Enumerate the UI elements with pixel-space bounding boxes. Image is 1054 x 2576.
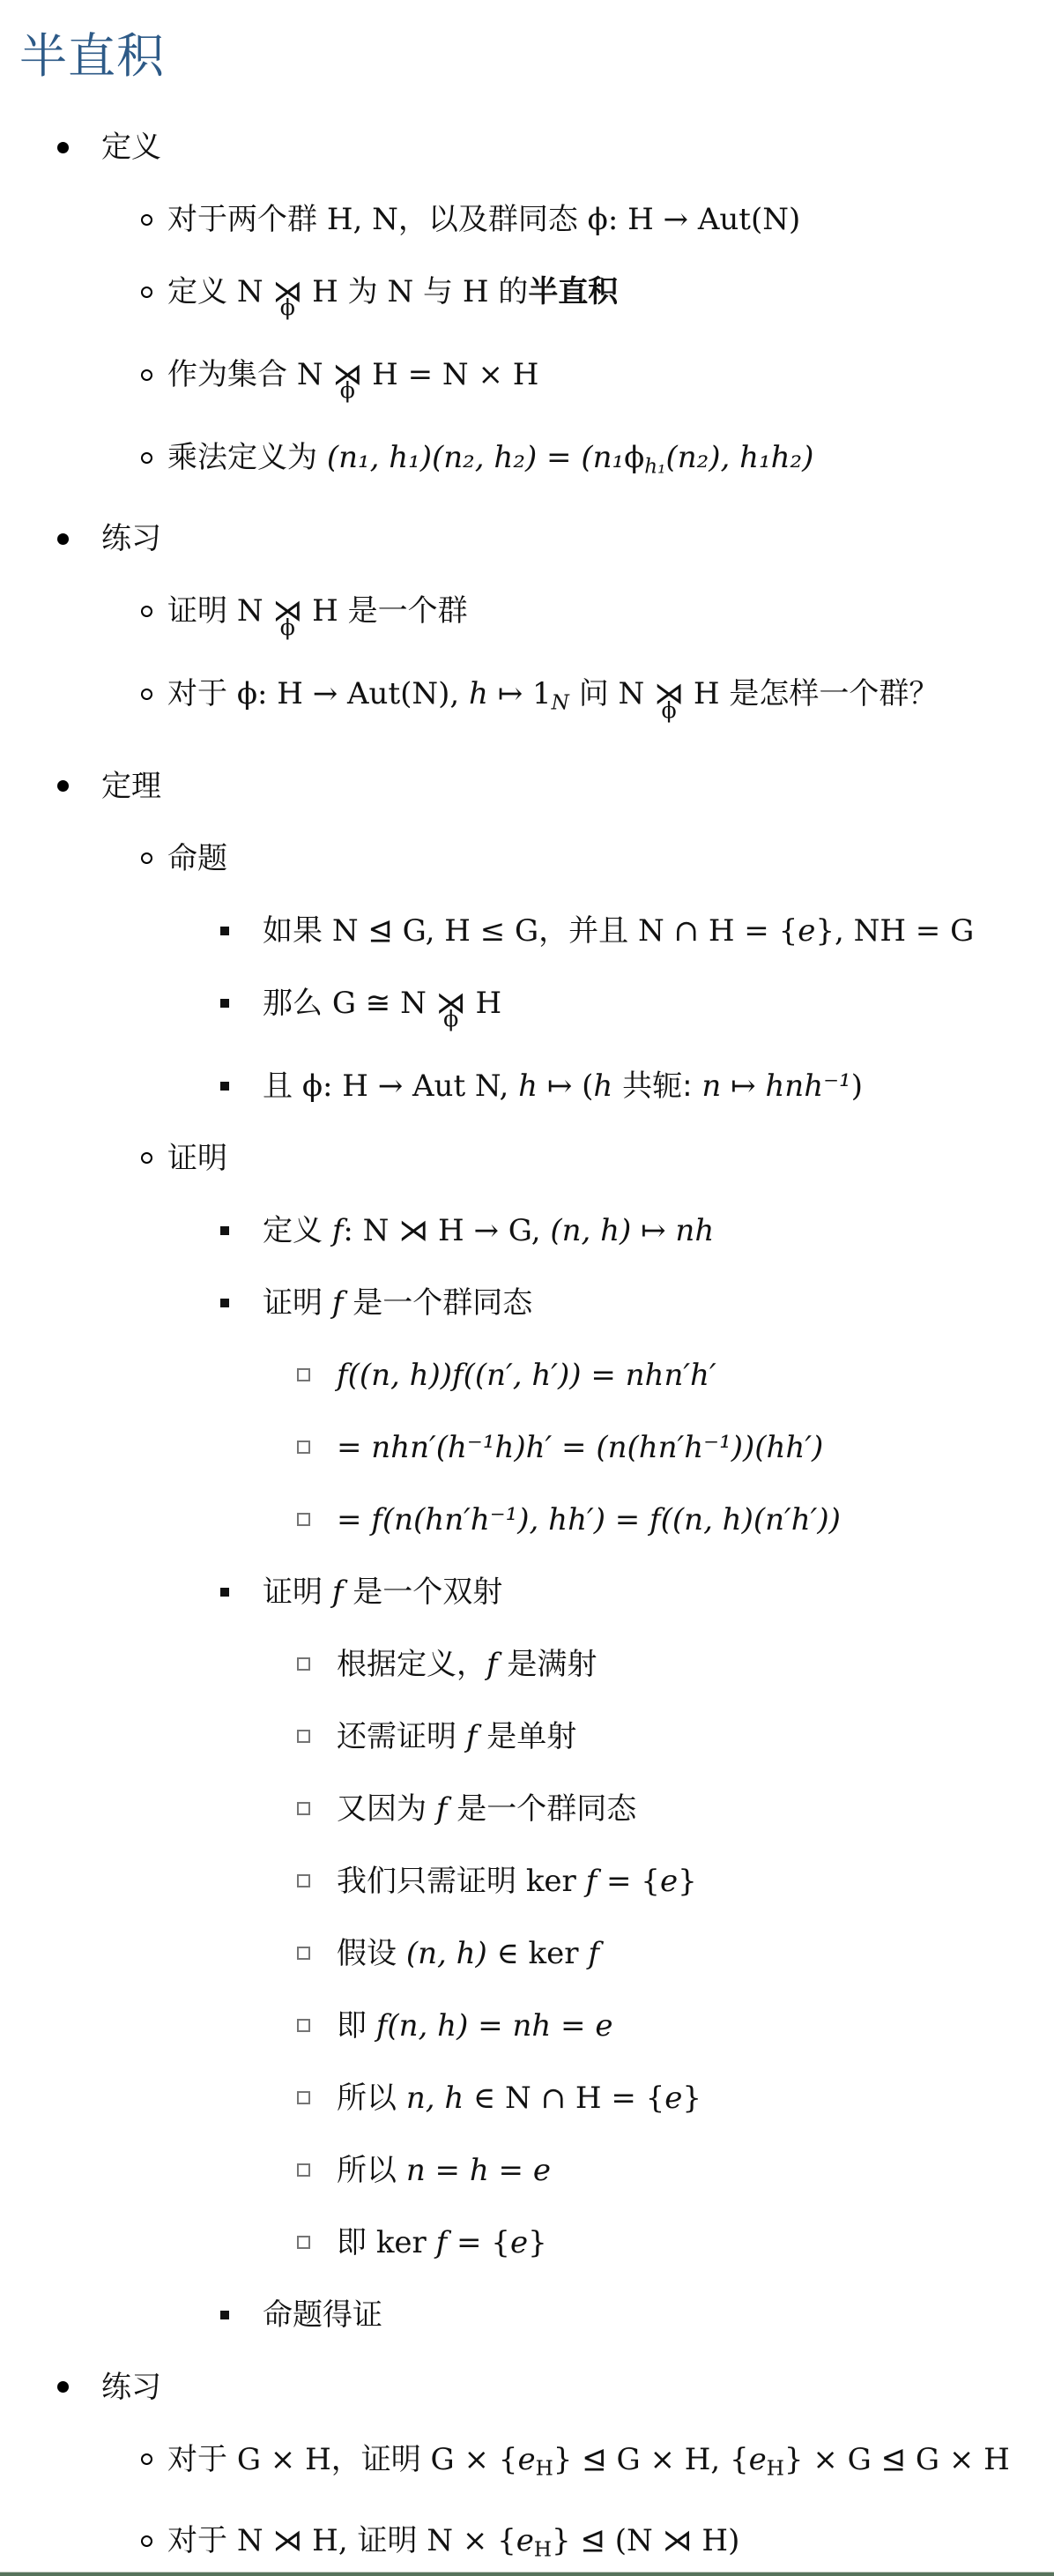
list-item: 那么 G ≅ N ⋊ϕ H bbox=[0, 986, 1054, 1021]
text-segment: ϕ: H → Aut(N) bbox=[588, 202, 801, 237]
text-segment: ker bbox=[376, 2225, 436, 2260]
list-item-text: 那么 G ≅ N ⋊ϕ H bbox=[263, 986, 1054, 1021]
text-segment: 是单射 bbox=[477, 1719, 576, 1754]
bullet-circle-icon bbox=[141, 2442, 167, 2477]
bullet-square-open-icon bbox=[297, 2225, 337, 2260]
text-segment: f bbox=[332, 1575, 344, 1610]
list-item-text: 还需证明 f 是单射 bbox=[337, 1719, 1054, 1754]
bullet-square-icon bbox=[220, 1213, 263, 1248]
text-segment: 作为集合 bbox=[167, 357, 297, 392]
list-item: 作为集合 N ⋊ϕ H = N × H bbox=[0, 357, 1054, 392]
text-segment: 所以 bbox=[337, 2153, 406, 2188]
list-item: 练习 bbox=[0, 2370, 1054, 2405]
list-item: 即 f(n, h) = nh = e bbox=[0, 2008, 1054, 2044]
text-segment: ，并且 bbox=[538, 913, 638, 949]
text-segment: H bbox=[463, 274, 489, 309]
text-segment: f bbox=[436, 2225, 448, 2260]
bullet-circle-icon bbox=[141, 593, 167, 629]
bullet-square-icon bbox=[220, 1285, 263, 1321]
text-segment: H bbox=[302, 274, 338, 309]
text-segment: N × { bbox=[427, 2523, 516, 2558]
bullet-square-open-icon bbox=[297, 1864, 337, 1899]
text-segment: h bbox=[469, 676, 488, 711]
list-item: 我们只需证明 ker f = {e} bbox=[0, 1864, 1054, 1899]
text-segment: } bbox=[528, 2225, 547, 2260]
text-segment: n bbox=[701, 1068, 721, 1104]
text-segment: 证明 bbox=[263, 1285, 332, 1321]
list-item-text: 练习 bbox=[101, 2370, 1054, 2405]
text-segment: 命题得证 bbox=[263, 2297, 382, 2333]
semidirect-product-symbol: ⋊ϕ bbox=[272, 274, 302, 309]
bullet-disc-icon bbox=[57, 2370, 101, 2405]
text-segment: hnh⁻¹ bbox=[765, 1068, 850, 1104]
list-item-text: 对于 G × H，证明 G × {eH} ⊴ G × H, {eH} × G ⊴… bbox=[167, 2442, 1054, 2486]
phi-subscript: ϕ bbox=[443, 1008, 458, 1030]
text-segment: H, N bbox=[327, 202, 398, 237]
text-segment: 对于两个群 bbox=[167, 202, 327, 237]
text-segment: 问 bbox=[569, 676, 619, 711]
phi-subscript: ϕ bbox=[662, 699, 677, 721]
text-segment: e bbox=[660, 1864, 678, 1899]
text-segment: = { bbox=[447, 2225, 510, 2260]
text-segment: N bbox=[237, 593, 273, 629]
text-segment: N ⊴ G, H ≤ G bbox=[332, 913, 538, 949]
list-item-text: = nhn′(h⁻¹h)h′ = (n(hn′h⁻¹))(hh′) bbox=[337, 1430, 1054, 1465]
list-item: 根据定义，f 是满射 bbox=[0, 1647, 1054, 1682]
list-item-text: 且 ϕ: H → Aut N, h ↦ (h 共轭: n ↦ hnh⁻¹) bbox=[263, 1068, 1054, 1104]
text-segment: N bbox=[552, 692, 569, 715]
text-segment: 证明 bbox=[167, 1141, 227, 1176]
text-segment: N ∩ H = { bbox=[638, 913, 798, 949]
list-item: 又因为 f 是一个群同态 bbox=[0, 1791, 1054, 1827]
text-segment: N bbox=[297, 357, 333, 392]
text-segment: (n, h) bbox=[406, 1936, 487, 1971]
text-segment: 是满射 bbox=[498, 1647, 598, 1682]
text-segment: 对于 bbox=[167, 2523, 237, 2558]
list-item-text: 对于两个群 H, N，以及群同态 ϕ: H → Aut(N) bbox=[167, 202, 1054, 237]
list-item-text: 定义 bbox=[101, 130, 1054, 165]
text-segment: 共轭: bbox=[612, 1068, 701, 1104]
text-segment: 定义 bbox=[101, 130, 161, 165]
text-segment: ↦ 1 bbox=[488, 676, 552, 711]
text-segment: N ⋊ H, bbox=[237, 2523, 358, 2558]
list-item-text: = f(n(hn′h⁻¹), hh′) = f((n, h)(n′h′)) bbox=[337, 1502, 1054, 1537]
text-segment: H bbox=[536, 2457, 553, 2480]
text-segment: G × { bbox=[431, 2442, 518, 2477]
text-segment: } × G ⊴ G × H bbox=[784, 2442, 1010, 2477]
bullet-square-open-icon bbox=[297, 1936, 337, 1971]
text-segment: 证明 bbox=[357, 2523, 427, 2558]
bullet-square-open-icon bbox=[297, 1719, 337, 1754]
text-segment: 与 bbox=[413, 274, 463, 309]
text-segment: H bbox=[684, 676, 719, 711]
list-item-text: 对于 ϕ: H → Aut(N), h ↦ 1N 问 N ⋊ϕ H 是怎样一个群… bbox=[167, 676, 1054, 720]
semidirect-product-symbol: ⋊ϕ bbox=[272, 593, 302, 629]
bullet-square-open-icon bbox=[297, 2153, 337, 2188]
text-segment: (n₁, h₁)(n₂, h₂) = (n₁ bbox=[327, 440, 624, 475]
bullet-square-open-icon bbox=[297, 2008, 337, 2044]
text-segment: H bbox=[767, 2457, 784, 2480]
list-item-text: 乘法定义为 (n₁, h₁)(n₂, h₂) = (n₁ϕh₁(n₂), h₁h… bbox=[167, 440, 1054, 484]
text-segment: ϕ: H → Aut(N), bbox=[237, 676, 469, 711]
bullet-circle-icon bbox=[141, 202, 167, 237]
text-segment: = nhn′(h⁻¹h)h′ = (n(hn′h⁻¹))(hh′) bbox=[337, 1430, 823, 1465]
text-segment: e bbox=[664, 2081, 682, 2116]
list-item: 命题得证 bbox=[0, 2297, 1054, 2333]
bullet-square-open-icon bbox=[297, 2081, 337, 2116]
text-segment: f bbox=[586, 1864, 598, 1899]
text-segment: ↦ bbox=[721, 1068, 765, 1104]
text-segment: 那么 bbox=[263, 986, 332, 1021]
list-item: 定义 N ⋊ϕ H 为 N 与 H 的半直积 bbox=[0, 274, 1054, 309]
text-segment: 又因为 bbox=[337, 1791, 436, 1827]
list-item: 证明 N ⋊ϕ H 是一个群 bbox=[0, 593, 1054, 629]
list-item-text: 根据定义，f 是满射 bbox=[337, 1647, 1054, 1682]
text-segment: ϕ bbox=[624, 440, 644, 475]
list-item-text: 定义 N ⋊ϕ H 为 N 与 H 的半直积 bbox=[167, 274, 1054, 309]
list-item: 定理 bbox=[0, 769, 1054, 804]
list-item-text: 练习 bbox=[101, 521, 1054, 556]
list-item: 所以 n = h = e bbox=[0, 2153, 1054, 2188]
text-segment: 定义 bbox=[167, 274, 237, 309]
text-segment: e bbox=[798, 913, 815, 949]
text-segment: ，以及群同态 bbox=[398, 202, 588, 237]
list-item-text: 证明 bbox=[167, 1141, 1054, 1176]
text-segment: ↦ bbox=[631, 1213, 675, 1248]
text-segment: 练习 bbox=[101, 521, 161, 556]
text-segment: e bbox=[749, 2442, 767, 2477]
text-segment: H bbox=[302, 593, 338, 629]
list-item: f((n, h))f((n′, h′)) = nhn′h′ bbox=[0, 1358, 1054, 1393]
text-segment: 乘法定义为 bbox=[167, 440, 327, 475]
text-segment: h bbox=[593, 1068, 612, 1104]
list-item: 对于 N ⋊ H, 证明 N × {eH} ⊴ (N ⋊ H) bbox=[0, 2523, 1054, 2567]
text-segment: ∈ ker bbox=[487, 1936, 589, 1971]
bullet-square-icon bbox=[220, 2297, 263, 2333]
text-segment: f bbox=[332, 1213, 344, 1248]
text-segment: 证明 bbox=[263, 1575, 332, 1610]
text-segment: f bbox=[466, 1719, 478, 1754]
text-segment: 为 bbox=[338, 274, 388, 309]
text-segment: 定义 bbox=[263, 1213, 332, 1248]
text-segment: G × H bbox=[237, 2442, 331, 2477]
list-item-text: 即 ker f = {e} bbox=[337, 2225, 1054, 2260]
phi-subscript: ϕ bbox=[280, 296, 295, 318]
text-segment: h bbox=[518, 1068, 538, 1104]
bottom-border bbox=[0, 2572, 1054, 2576]
text-segment: 是一个群 bbox=[338, 593, 468, 629]
outline-list: 定义对于两个群 H, N，以及群同态 ϕ: H → Aut(N)定义 N ⋊ϕ … bbox=[0, 130, 1054, 2568]
list-item-text: 命题 bbox=[167, 841, 1054, 876]
text-segment: 是一个双射 bbox=[343, 1575, 502, 1610]
text-segment: ϕ: H → Aut N, bbox=[302, 1068, 518, 1104]
list-item: 还需证明 f 是单射 bbox=[0, 1719, 1054, 1754]
text-segment: f((n, h))f((n′, h′)) = nhn′h′ bbox=[337, 1358, 716, 1393]
text-segment: } bbox=[682, 2081, 701, 2116]
phi-subscript: ϕ bbox=[280, 616, 295, 638]
list-item-text: 即 f(n, h) = nh = e bbox=[337, 2008, 1054, 2044]
text-segment: ker bbox=[526, 1864, 586, 1899]
list-item: 如果 N ⊴ G, H ≤ G，并且 N ∩ H = {e}, NH = G bbox=[0, 913, 1054, 949]
list-item: 即 ker f = {e} bbox=[0, 2225, 1054, 2260]
bullet-disc-icon bbox=[57, 130, 101, 165]
text-segment: f bbox=[436, 1791, 448, 1827]
text-segment: e bbox=[517, 2442, 535, 2477]
list-item-text: 证明 f 是一个群同态 bbox=[263, 1285, 1054, 1321]
text-segment: ↦ ( bbox=[538, 1068, 593, 1104]
list-item-text: f((n, h))f((n′, h′)) = nhn′h′ bbox=[337, 1358, 1054, 1393]
list-item: 练习 bbox=[0, 521, 1054, 556]
bullet-circle-icon bbox=[141, 357, 167, 392]
text-segment: N bbox=[619, 676, 655, 711]
text-segment: }, NH = G bbox=[815, 913, 974, 949]
text-segment: } ⊴ (N ⋊ H) bbox=[552, 2523, 739, 2558]
text-segment: 证明 bbox=[167, 593, 237, 629]
bullet-square-open-icon bbox=[297, 1430, 337, 1465]
text-segment: e bbox=[510, 2225, 528, 2260]
list-item-text: 定义 f: N ⋊ H → G, (n, h) ↦ nh bbox=[263, 1213, 1054, 1248]
bullet-square-open-icon bbox=[297, 1647, 337, 1682]
text-segment: 即 bbox=[337, 2008, 376, 2044]
text-segment: N bbox=[387, 274, 413, 309]
list-item: 证明 bbox=[0, 1141, 1054, 1176]
list-item: 对于两个群 H, N，以及群同态 ϕ: H → Aut(N) bbox=[0, 202, 1054, 237]
bullet-square-icon bbox=[220, 986, 263, 1021]
bullet-square-icon bbox=[220, 1575, 263, 1610]
text-segment: nh bbox=[675, 1213, 714, 1248]
list-item: 且 ϕ: H → Aut N, h ↦ (h 共轭: n ↦ hnh⁻¹) bbox=[0, 1068, 1054, 1104]
text-segment: 对于 bbox=[167, 676, 237, 711]
phi-subscript: ϕ bbox=[340, 379, 355, 401]
text-segment: H bbox=[534, 2539, 552, 2562]
text-segment: N bbox=[237, 274, 273, 309]
bullet-disc-icon bbox=[57, 769, 101, 804]
list-item-text: 又因为 f 是一个群同态 bbox=[337, 1791, 1054, 1827]
text-segment: = { bbox=[597, 1864, 660, 1899]
page-title: 半直积 bbox=[0, 0, 1054, 84]
list-item: 证明 f 是一个群同态 bbox=[0, 1285, 1054, 1321]
bullet-square-open-icon bbox=[297, 1791, 337, 1827]
text-segment: 我们只需证明 bbox=[337, 1864, 526, 1899]
text-segment: (n, h) bbox=[550, 1213, 631, 1248]
bullet-square-icon bbox=[220, 913, 263, 949]
text-segment: = f(n(hn′h⁻¹), hh′) = f((n, h)(n′h′)) bbox=[337, 1502, 841, 1537]
semidirect-product-symbol: ⋊ϕ bbox=[332, 357, 362, 392]
text-segment: 如果 bbox=[263, 913, 332, 949]
text-segment: 根据定义， bbox=[337, 1647, 486, 1682]
bullet-circle-icon bbox=[141, 440, 167, 475]
text-segment: 是一个群同态 bbox=[343, 1285, 532, 1321]
text-segment: 假设 bbox=[337, 1936, 406, 1971]
list-item: 定义 f: N ⋊ H → G, (n, h) ↦ nh bbox=[0, 1213, 1054, 1248]
semidirect-product-symbol: ⋊ϕ bbox=[654, 676, 684, 711]
list-item-text: 假设 (n, h) ∈ ker f bbox=[337, 1936, 1054, 1971]
list-item-text: 命题得证 bbox=[263, 2297, 1054, 2333]
list-item: 所以 n, h ∈ N ∩ H = {e} bbox=[0, 2081, 1054, 2116]
text-segment: 的 bbox=[489, 274, 529, 309]
text-segment: 所以 bbox=[337, 2081, 406, 2116]
text-segment: h₁ bbox=[644, 455, 665, 478]
text-segment: 对于 bbox=[167, 2442, 237, 2477]
list-item: = f(n(hn′h⁻¹), hh′) = f((n, h)(n′h′)) bbox=[0, 1502, 1054, 1537]
text-segment: n, h bbox=[406, 2081, 464, 2116]
text-segment: 且 bbox=[263, 1068, 302, 1104]
text-segment: H bbox=[466, 986, 501, 1021]
list-item: 命题 bbox=[0, 841, 1054, 876]
bullet-circle-icon bbox=[141, 676, 167, 711]
bullet-circle-icon bbox=[141, 1141, 167, 1176]
list-item: 假设 (n, h) ∈ ker f bbox=[0, 1936, 1054, 1971]
text-segment: 是怎样一个群？ bbox=[720, 676, 939, 711]
text-segment: f bbox=[332, 1285, 344, 1321]
text-segment: } bbox=[678, 1864, 697, 1899]
text-segment: f bbox=[486, 1647, 498, 1682]
text-segment: e bbox=[516, 2523, 534, 2558]
text-segment: 定理 bbox=[101, 769, 161, 804]
list-item-text: 定理 bbox=[101, 769, 1054, 804]
text-segment: H = N × H bbox=[362, 357, 538, 392]
text-segment: } ⊴ G × H, { bbox=[553, 2442, 749, 2477]
text-segment: : N ⋊ H → G, bbox=[343, 1213, 550, 1248]
text-segment: 是一个群同态 bbox=[447, 1791, 636, 1827]
list-item-text: 所以 n, h ∈ N ∩ H = {e} bbox=[337, 2081, 1054, 2116]
list-item: = nhn′(h⁻¹h)h′ = (n(hn′h⁻¹))(hh′) bbox=[0, 1430, 1054, 1465]
list-item-text: 证明 f 是一个双射 bbox=[263, 1575, 1054, 1610]
text-segment: 半直积 bbox=[528, 274, 618, 309]
list-item-text: 所以 n = h = e bbox=[337, 2153, 1054, 2188]
text-segment: G ≅ N bbox=[332, 986, 436, 1021]
list-item: 乘法定义为 (n₁, h₁)(n₂, h₂) = (n₁ϕh₁(n₂), h₁h… bbox=[0, 440, 1054, 484]
list-item-text: 对于 N ⋊ H, 证明 N × {eH} ⊴ (N ⋊ H) bbox=[167, 2523, 1054, 2567]
text-segment: 即 bbox=[337, 2225, 376, 2260]
bullet-circle-icon bbox=[141, 274, 167, 309]
text-segment: ) bbox=[851, 1068, 863, 1104]
text-segment: 命题 bbox=[167, 841, 227, 876]
bullet-square-icon bbox=[220, 1068, 263, 1104]
text-segment: 练习 bbox=[101, 2370, 161, 2405]
bullet-square-open-icon bbox=[297, 1502, 337, 1537]
bullet-circle-icon bbox=[141, 841, 167, 876]
text-segment: ，证明 bbox=[331, 2442, 431, 2477]
bullet-disc-icon bbox=[57, 521, 101, 556]
semidirect-product-symbol: ⋊ϕ bbox=[436, 986, 466, 1021]
text-segment: ∈ N ∩ H = { bbox=[464, 2081, 664, 2116]
bullet-square-open-icon bbox=[297, 1358, 337, 1393]
bullet-circle-icon bbox=[141, 2523, 167, 2558]
list-item-text: 证明 N ⋊ϕ H 是一个群 bbox=[167, 593, 1054, 629]
list-item: 对于 ϕ: H → Aut(N), h ↦ 1N 问 N ⋊ϕ H 是怎样一个群… bbox=[0, 676, 1054, 720]
text-segment: n = h = e bbox=[406, 2153, 551, 2188]
list-item: 对于 G × H，证明 G × {eH} ⊴ G × H, {eH} × G ⊴… bbox=[0, 2442, 1054, 2486]
list-item-text: 作为集合 N ⋊ϕ H = N × H bbox=[167, 357, 1054, 392]
text-segment: 还需证明 bbox=[337, 1719, 466, 1754]
notes-page: 半直积 定义对于两个群 H, N，以及群同态 ϕ: H → Aut(N)定义 N… bbox=[0, 0, 1054, 2576]
text-segment: f(n, h) = nh = e bbox=[376, 2008, 613, 2044]
list-item-text: 我们只需证明 ker f = {e} bbox=[337, 1864, 1054, 1899]
text-segment: (n₂), h₁h₂) bbox=[665, 440, 813, 475]
list-item-text: 如果 N ⊴ G, H ≤ G，并且 N ∩ H = {e}, NH = G bbox=[263, 913, 1054, 949]
list-item: 证明 f 是一个双射 bbox=[0, 1575, 1054, 1610]
text-segment: f bbox=[588, 1936, 599, 1971]
list-item: 定义 bbox=[0, 130, 1054, 165]
